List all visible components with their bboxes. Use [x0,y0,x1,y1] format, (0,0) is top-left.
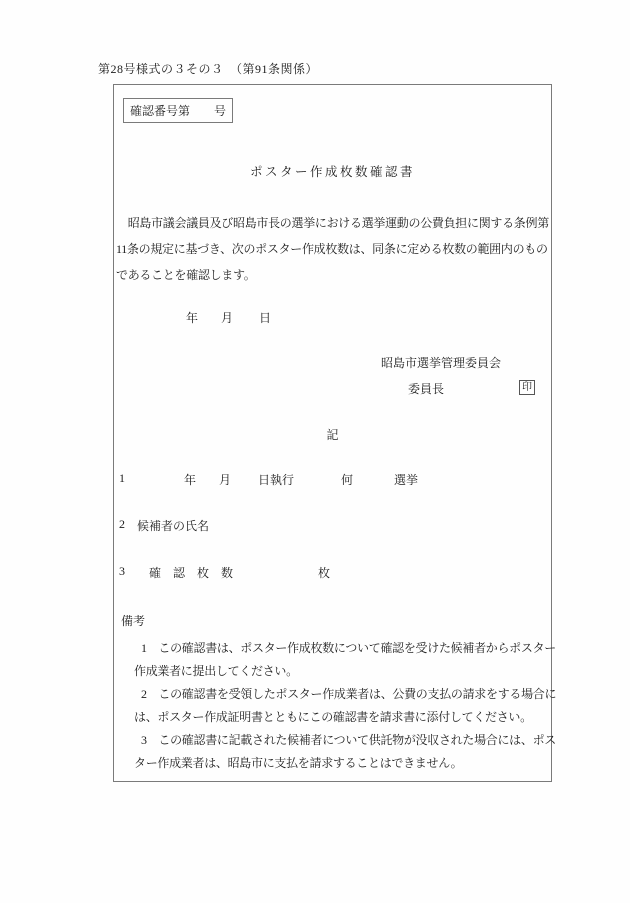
year-label: 年 [186,309,198,326]
document-title: ポスター作成枚数確認書 [114,162,551,180]
issuer-title-line: 委員長 印 [114,380,551,396]
date-line: 年 月 日 [114,309,551,325]
day-label: 日 [259,309,271,326]
form-code-label: 第28号様式の３その３ （第91条関係） [98,60,318,77]
remark-note: 3 この確認書に記載された候補者について供託物が没収された場合には、ポス ター作… [134,729,546,775]
record-heading: 記 [326,428,338,442]
item-month-label: 月 [219,471,231,488]
seal-mark: 印 [519,380,535,395]
remarks-heading: 備考 [121,612,145,629]
item-election-label: 選挙 [394,471,418,488]
issuer-organization: 昭島市選挙管理委員会 [381,354,501,371]
item-row-confirmed-count: 3 確認枚数 枚 [114,564,551,580]
item-row-candidate-name: 2 候補者の氏名 [114,517,551,533]
document-page: 第28号様式の３その３ （第91条関係） 確認番号第 号 ポスター作成枚数確認書… [0,0,630,903]
issuer-title: 委員長 [408,380,444,397]
item-number: 2 [119,517,125,532]
item-unit-label: 枚 [318,564,330,581]
item-placeholder: 何 [341,471,353,488]
item-label: 確認枚数 [149,564,245,581]
remark-note: 2 この確認書を受領したポスター作成業者は、公費の支払の請求をする場合に は、ポ… [134,683,546,729]
confirm-number-box: 確認番号第 号 [123,98,233,123]
item-year-label: 年 [184,471,196,488]
item-row-election: 1 年 月 日執行 何 選挙 [114,471,551,487]
month-label: 月 [221,309,233,326]
body-paragraph: 昭島市議会議員及び昭島市長の選挙における選挙運動の公費負担に関する条例第 11条… [116,210,549,288]
record-heading-line: 記 [114,426,551,442]
item-label: 候補者の氏名 [137,517,209,534]
remark-note: 1 この確認書は、ポスター作成枚数について確認を受けた候補者からポスター 作成業… [134,637,546,683]
item-number: 3 [119,564,125,579]
form-frame: 確認番号第 号 ポスター作成枚数確認書 昭島市議会議員及び昭島市長の選挙における… [113,84,552,782]
item-day-label: 日執行 [258,471,294,488]
issuer-organization-line: 昭島市選挙管理委員会 [114,354,551,370]
remarks-list: 1 この確認書は、ポスター作成枚数について確認を受けた候補者からポスター 作成業… [134,637,546,775]
item-number: 1 [119,471,125,486]
